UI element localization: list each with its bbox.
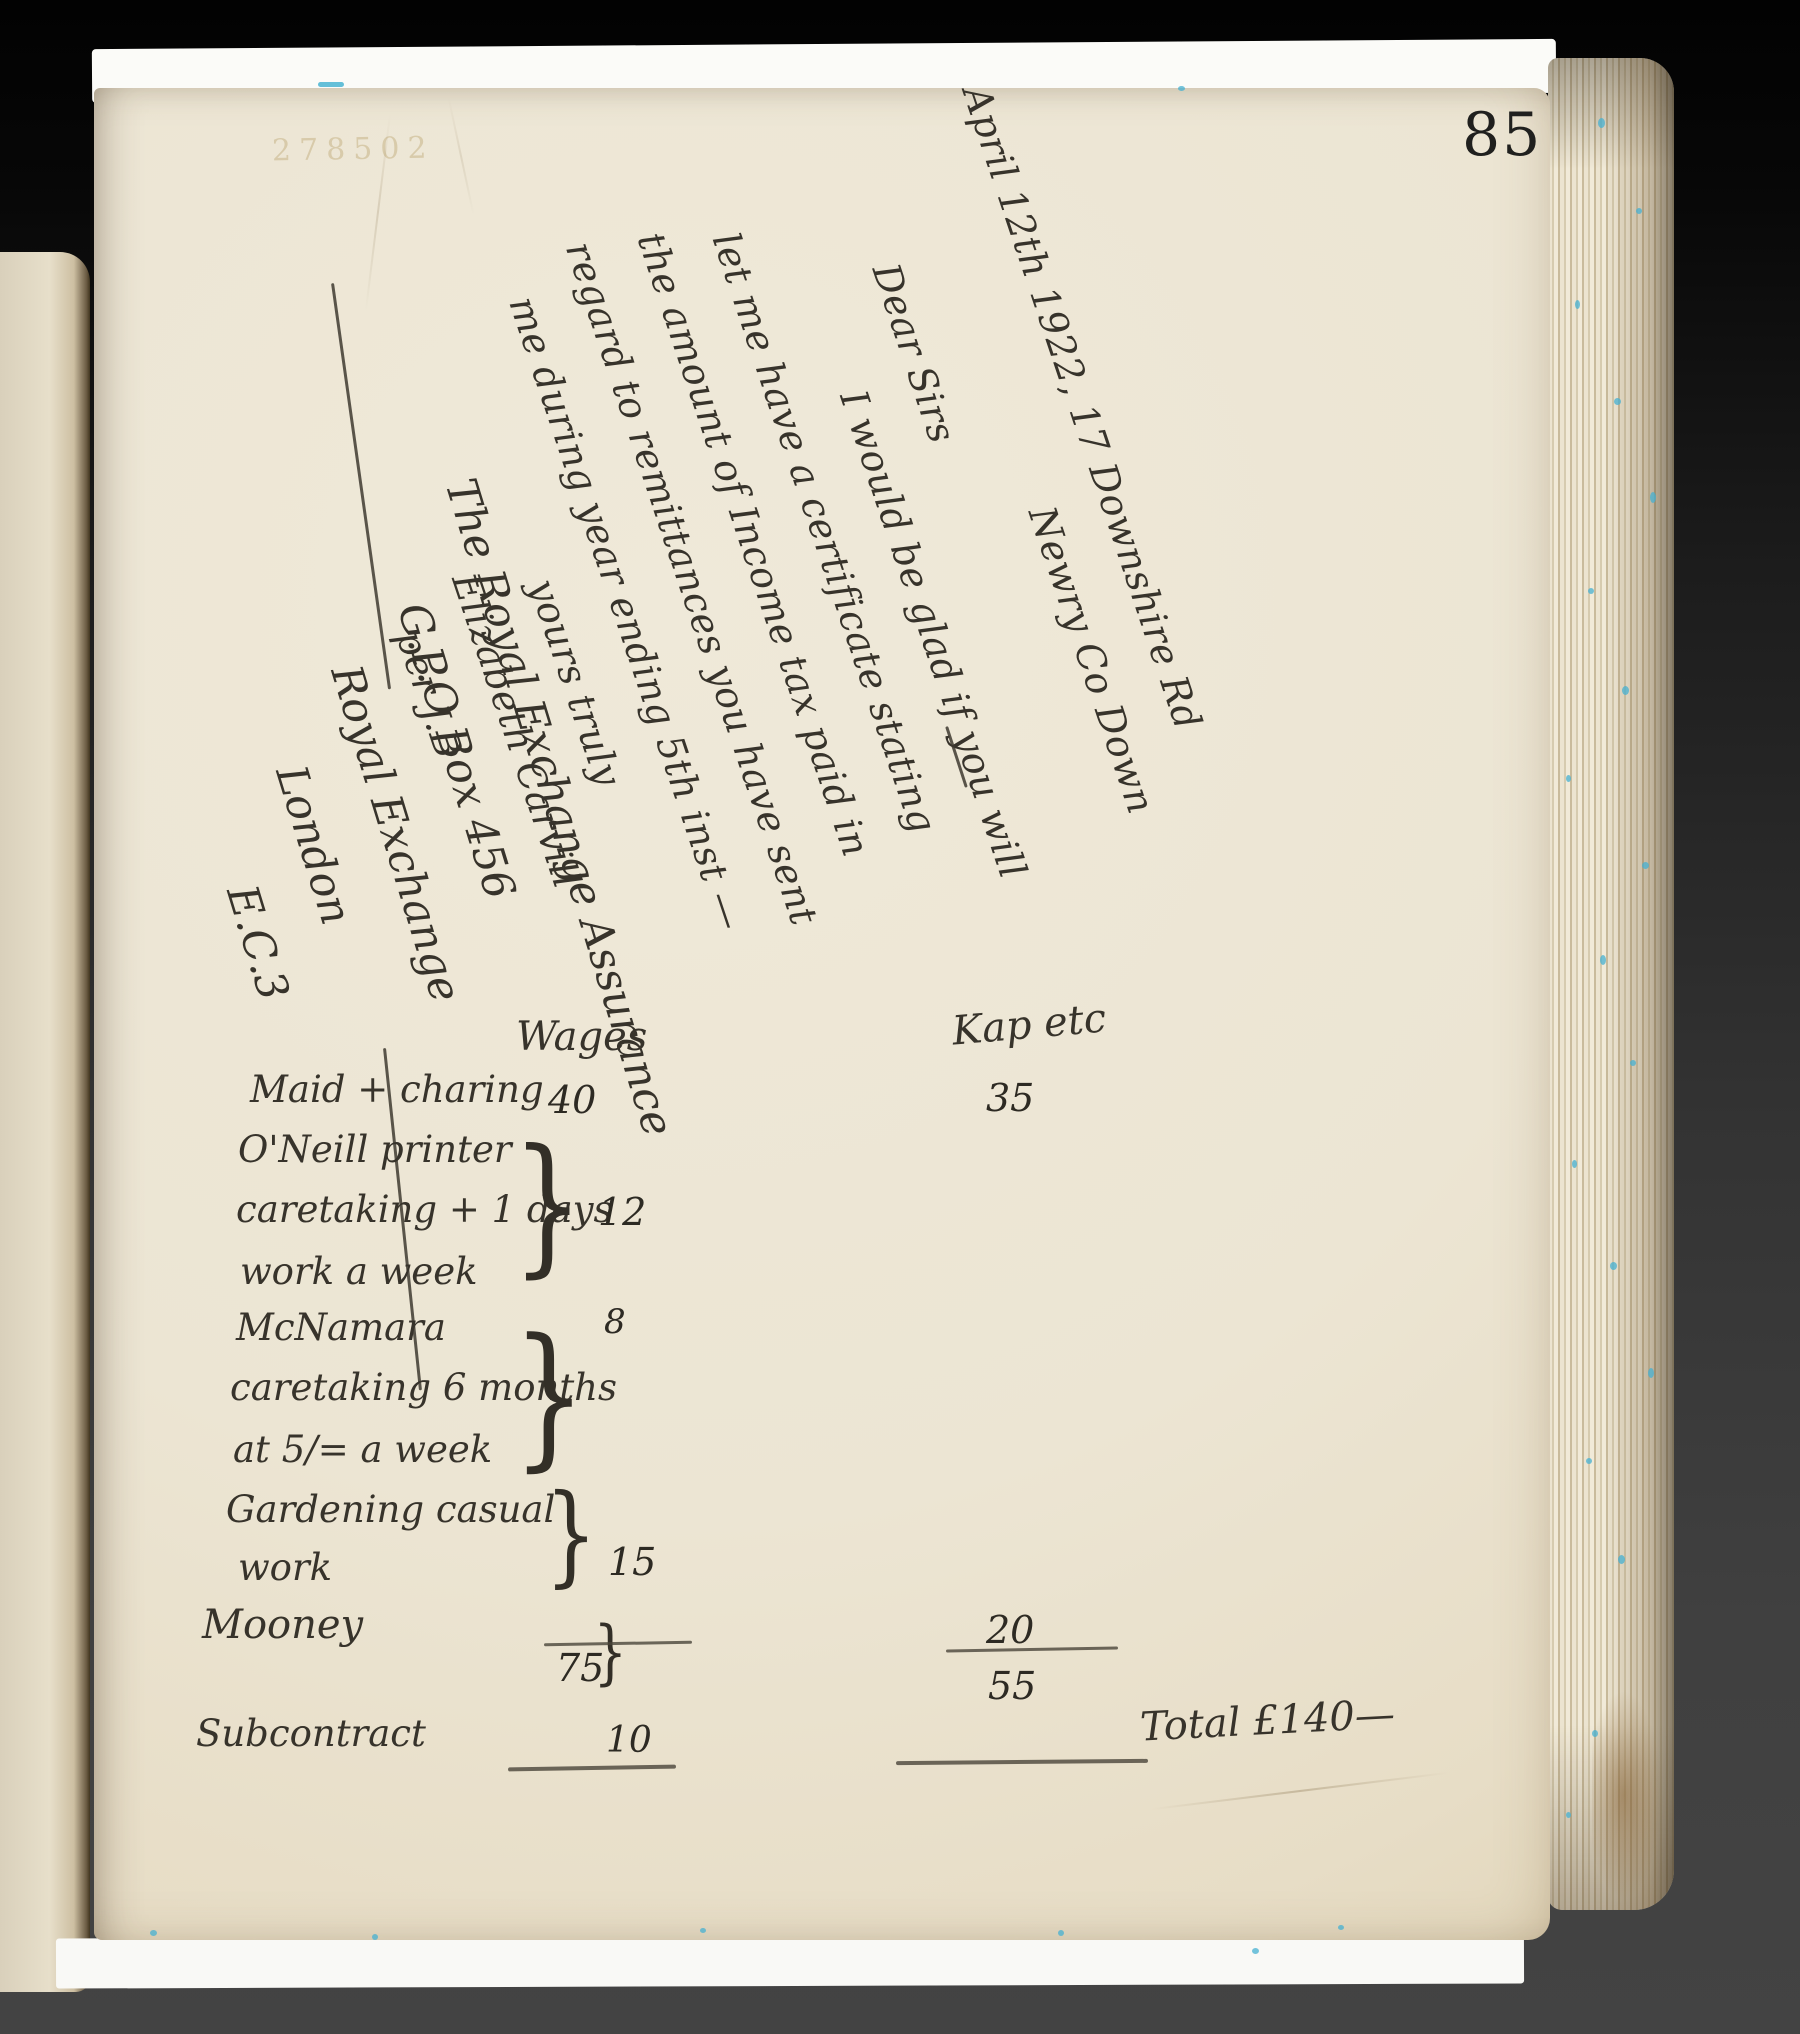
ledger-value: 15: [608, 1540, 656, 1584]
book-photo: 278502 85 April 12th 1922, 17 Downshire …: [0, 0, 1800, 2034]
blue-speck: [1600, 955, 1606, 965]
blue-speck: [1630, 1060, 1636, 1066]
ledger-value: 12: [598, 1190, 646, 1234]
ledger-value: 40: [548, 1078, 596, 1122]
blue-speck: [1566, 775, 1571, 782]
blue-speck: [372, 1934, 378, 1940]
blue-speck: [1592, 1730, 1598, 1737]
blue-speck: [1614, 398, 1621, 405]
blue-speck: [1650, 492, 1656, 503]
right-col-value: 20: [986, 1608, 1034, 1652]
ledger-row-label: Gardening casual: [226, 1488, 555, 1531]
blue-speck: [1618, 1555, 1625, 1564]
ledger-wages-header: Wages: [516, 1014, 647, 1060]
blue-speck: [1575, 300, 1580, 309]
blue-speck: [1586, 1458, 1592, 1464]
blue-speck: [1588, 588, 1594, 594]
ledger-row-label: McNamara: [236, 1306, 446, 1349]
ledger-value: 8: [604, 1302, 626, 1342]
blue-speck: [1338, 1925, 1344, 1930]
blue-speck: [1252, 1948, 1259, 1954]
previous-page-edge: [0, 252, 90, 1992]
blue-speck: [1572, 1160, 1577, 1168]
blue-speck: [1622, 686, 1629, 695]
wages-subtotal: 75: [556, 1646, 604, 1690]
page-number: 85: [1462, 100, 1542, 170]
blue-speck: [1598, 118, 1605, 128]
blue-speck: [1648, 1368, 1654, 1378]
under-page-edge-bottom: [56, 1933, 1524, 1988]
blue-speck: [700, 1928, 706, 1933]
ledger-row-label: O'Neill printer: [238, 1128, 512, 1171]
blue-ink-mark: [318, 82, 344, 87]
blue-speck: [150, 1930, 157, 1936]
ledger-row-label: at 5/= a week: [233, 1428, 492, 1471]
blue-speck: [1566, 1812, 1571, 1818]
ghost-stamp-number: 278502: [272, 131, 435, 169]
blue-speck: [1058, 1930, 1064, 1936]
ledger-row-label: Subcontract: [196, 1712, 426, 1755]
blue-speck: [1610, 1262, 1617, 1270]
fore-edge-stain: [1592, 1690, 1662, 1900]
ledger-row-label: Maid + charing: [250, 1068, 544, 1111]
brace: }: [512, 1120, 584, 1290]
blue-speck: [1636, 208, 1642, 214]
right-col-sum: 55: [988, 1664, 1036, 1708]
right-col-value: 35: [986, 1076, 1034, 1120]
ledger-row-label: Mooney: [202, 1602, 363, 1648]
ledger-row-label: work: [238, 1546, 332, 1589]
ledger-value: 10: [606, 1720, 652, 1761]
ledger-row-label: work a week: [240, 1250, 478, 1293]
blue-speck: [1642, 862, 1649, 869]
blue-speck: [1178, 86, 1185, 91]
page-stack-shading: [1548, 58, 1674, 1910]
brace: }: [545, 1472, 598, 1597]
brace: }: [512, 1308, 586, 1483]
